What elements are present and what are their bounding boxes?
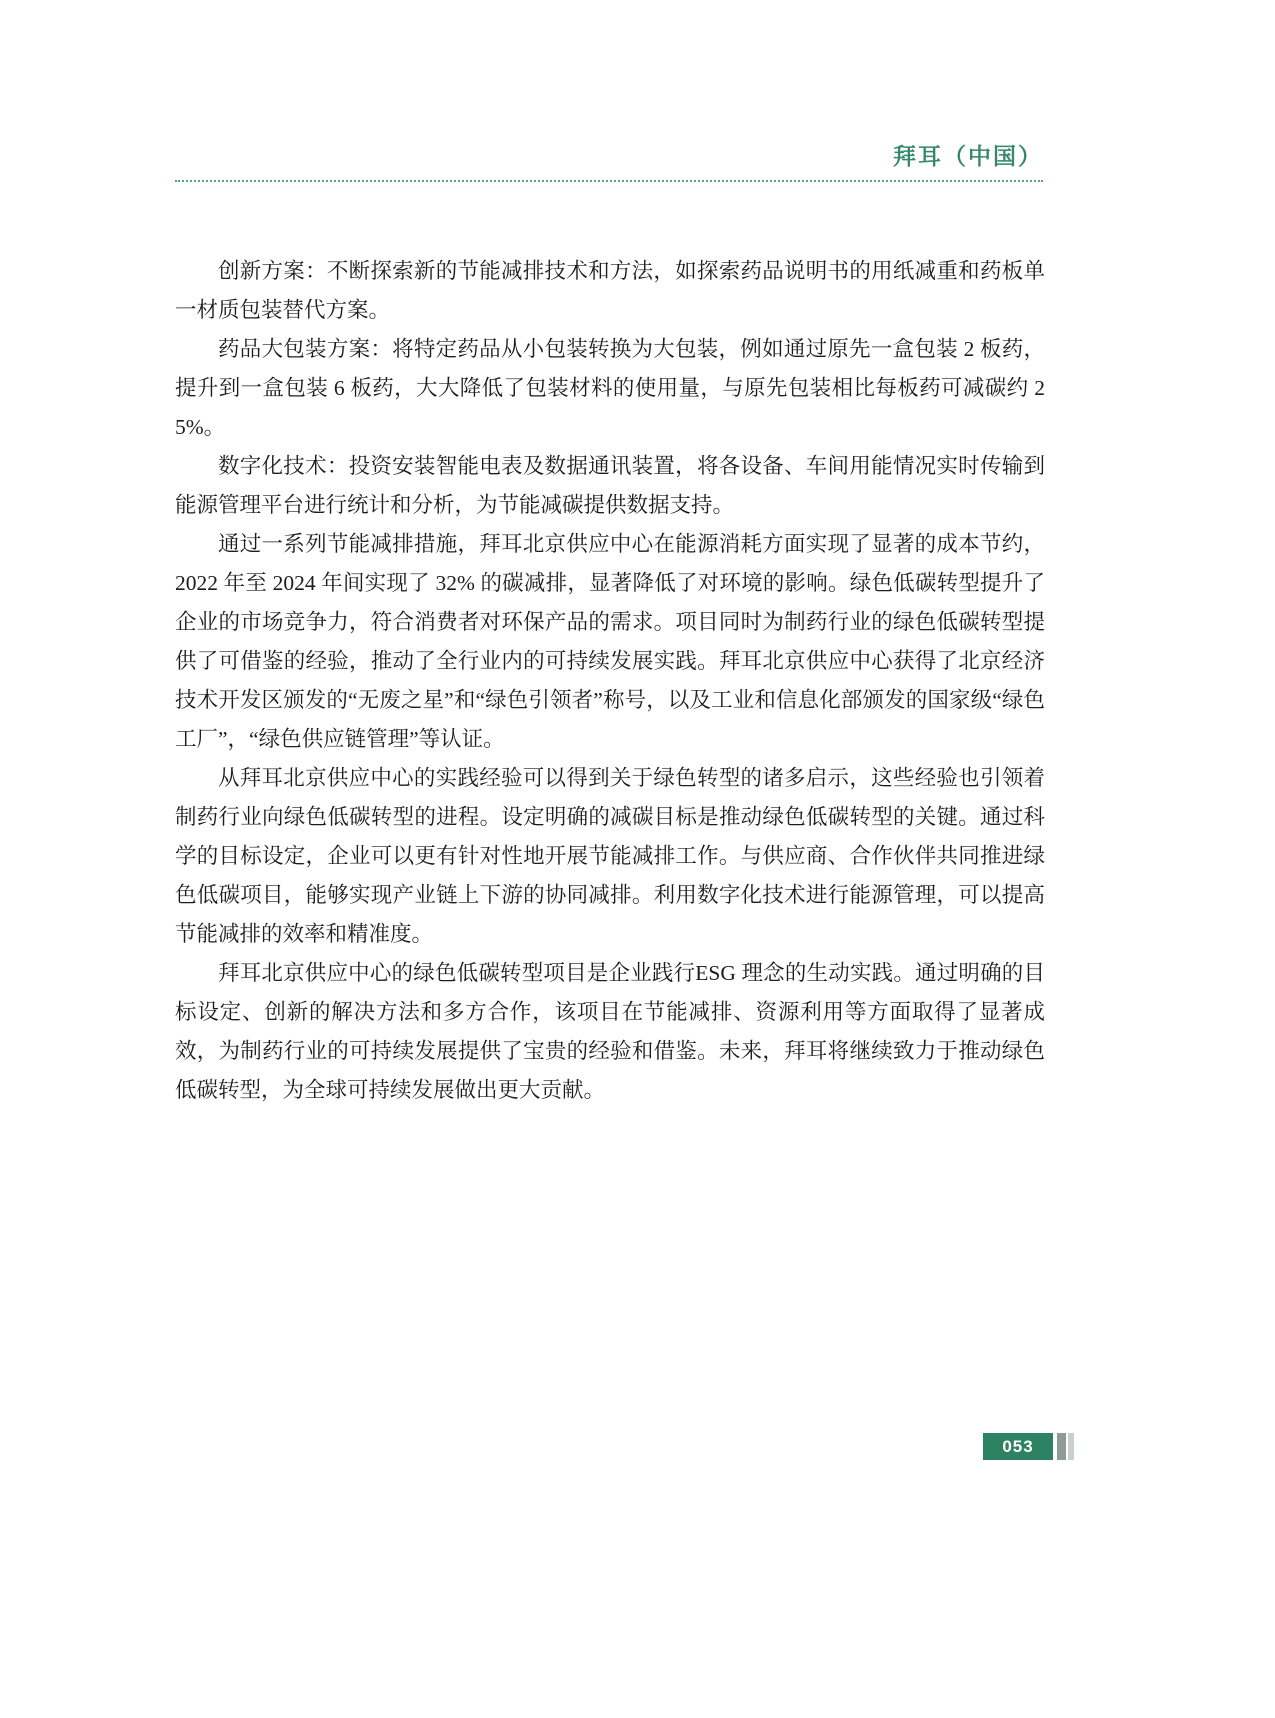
body-paragraph: 拜耳北京供应中心的绿色低碳转型项目是企业践行ESG 理念的生动实践。通过明确的目… [175,954,1045,1110]
page-header: 拜耳（中国） [175,138,1043,182]
body-paragraph: 数字化技术：投资安装智能电表及数据通讯装置，将各设备、车间用能情况实时传输到能源… [175,447,1045,525]
body-text-block: 创新方案：不断探索新的节能减排技术和方法，如探索药品说明书的用纸减重和药板单一材… [175,252,1045,1110]
footer-accent-bar-dark [1057,1433,1066,1460]
body-paragraph: 创新方案：不断探索新的节能减排技术和方法，如探索药品说明书的用纸减重和药板单一材… [175,252,1045,330]
page-number-badge: 053 [983,1433,1053,1460]
page-header-title: 拜耳（中国） [893,138,1043,177]
body-paragraph: 从拜耳北京供应中心的实践经验可以得到关于绿色转型的诸多启示，这些经验也引领着制药… [175,759,1045,954]
body-paragraph: 通过一系列节能减排措施，拜耳北京供应中心在能源消耗方面实现了显著的成本节约， 2… [175,525,1045,759]
footer-accent-bar-light [1068,1433,1074,1460]
document-page: 拜耳（中国） 创新方案：不断探索新的节能减排技术和方法，如探索药品说明书的用纸减… [0,0,1275,1718]
body-paragraph: 药品大包装方案：将特定药品从小包装转换为大包装，例如通过原先一盒包装 2 板药，… [175,330,1045,447]
page-footer: 053 [0,1433,1275,1461]
